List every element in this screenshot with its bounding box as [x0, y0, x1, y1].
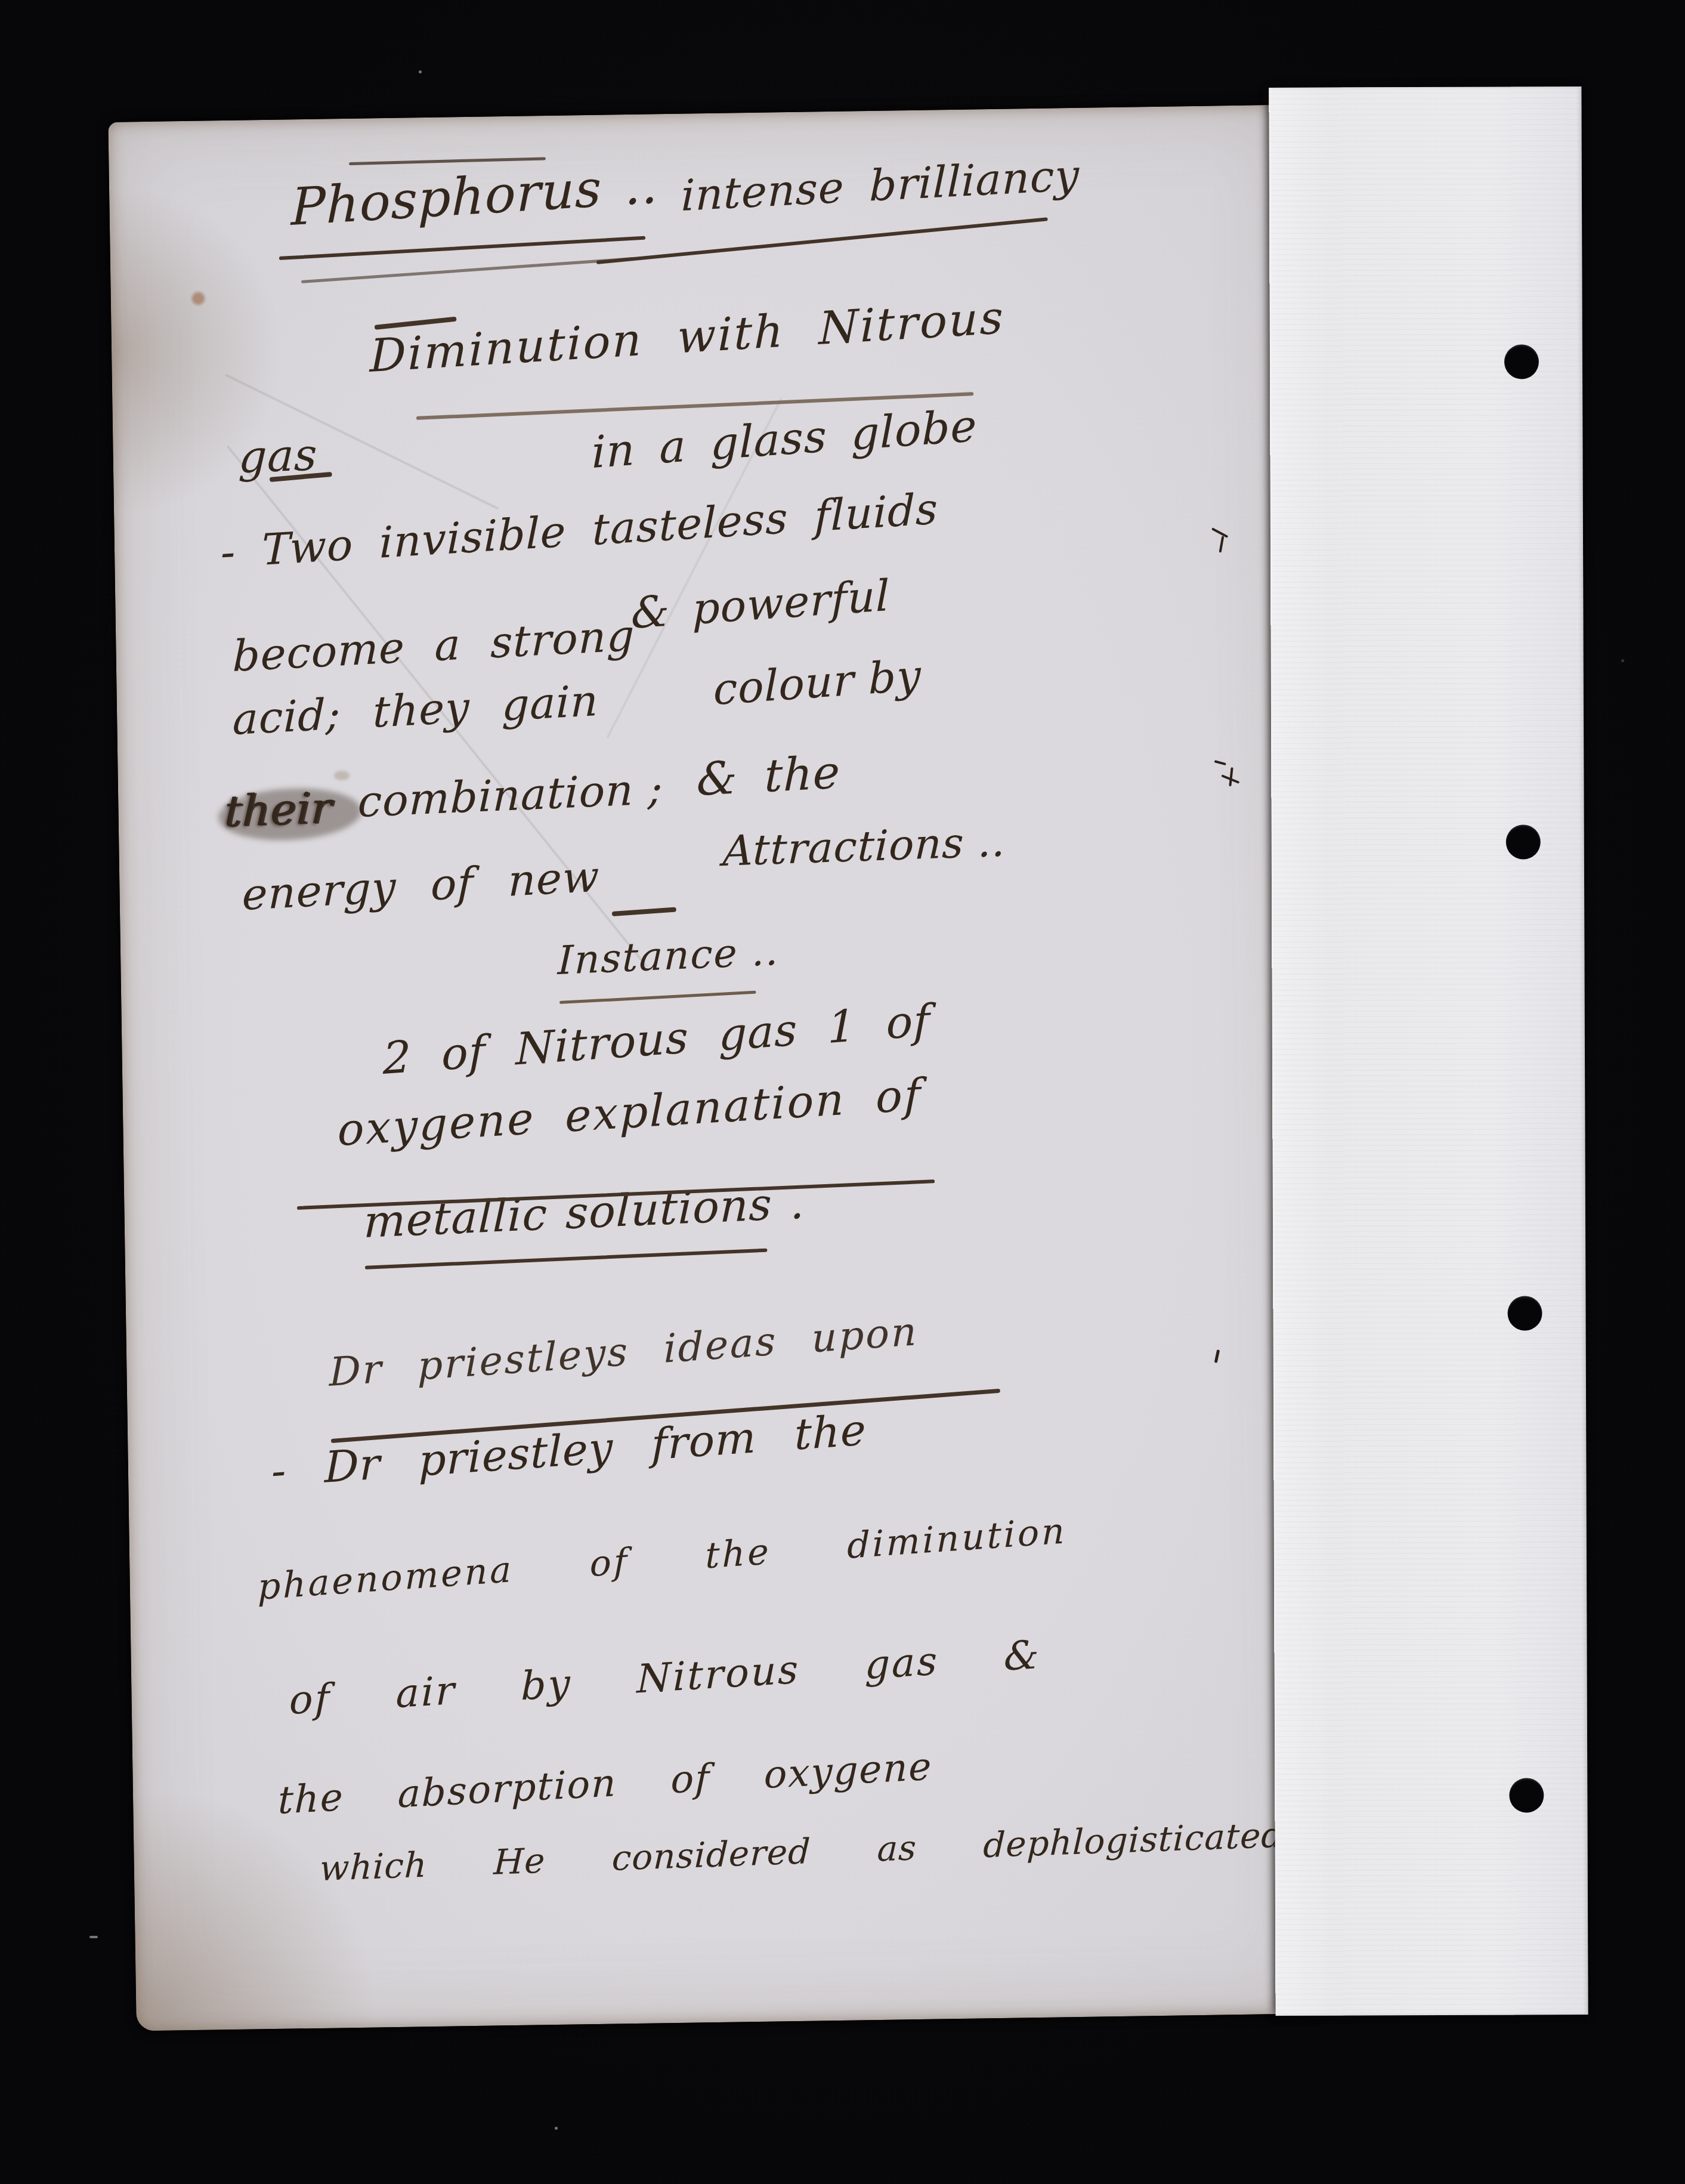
punch-hole — [1507, 1296, 1542, 1330]
words-and-the: & the — [696, 745, 841, 806]
dust-speck — [419, 70, 422, 73]
word-their-blotted: their — [224, 783, 333, 836]
dust-speck — [89, 1936, 98, 1938]
manuscript-photo: Phosphorus .. intense brilliancy Diminut… — [0, 0, 1685, 2184]
punch-hole — [1506, 824, 1541, 859]
punch-hole — [1504, 344, 1539, 379]
punch-hole — [1509, 1778, 1544, 1812]
paper-stain — [334, 771, 350, 780]
dust-speck — [555, 2127, 558, 2130]
manuscript-page — [108, 104, 1318, 2031]
word-instance: Instance .. — [557, 928, 780, 984]
binding-strip — [1269, 87, 1588, 2016]
dust-speck — [1621, 659, 1624, 662]
word-attractions: Attractions .. — [722, 817, 1007, 876]
